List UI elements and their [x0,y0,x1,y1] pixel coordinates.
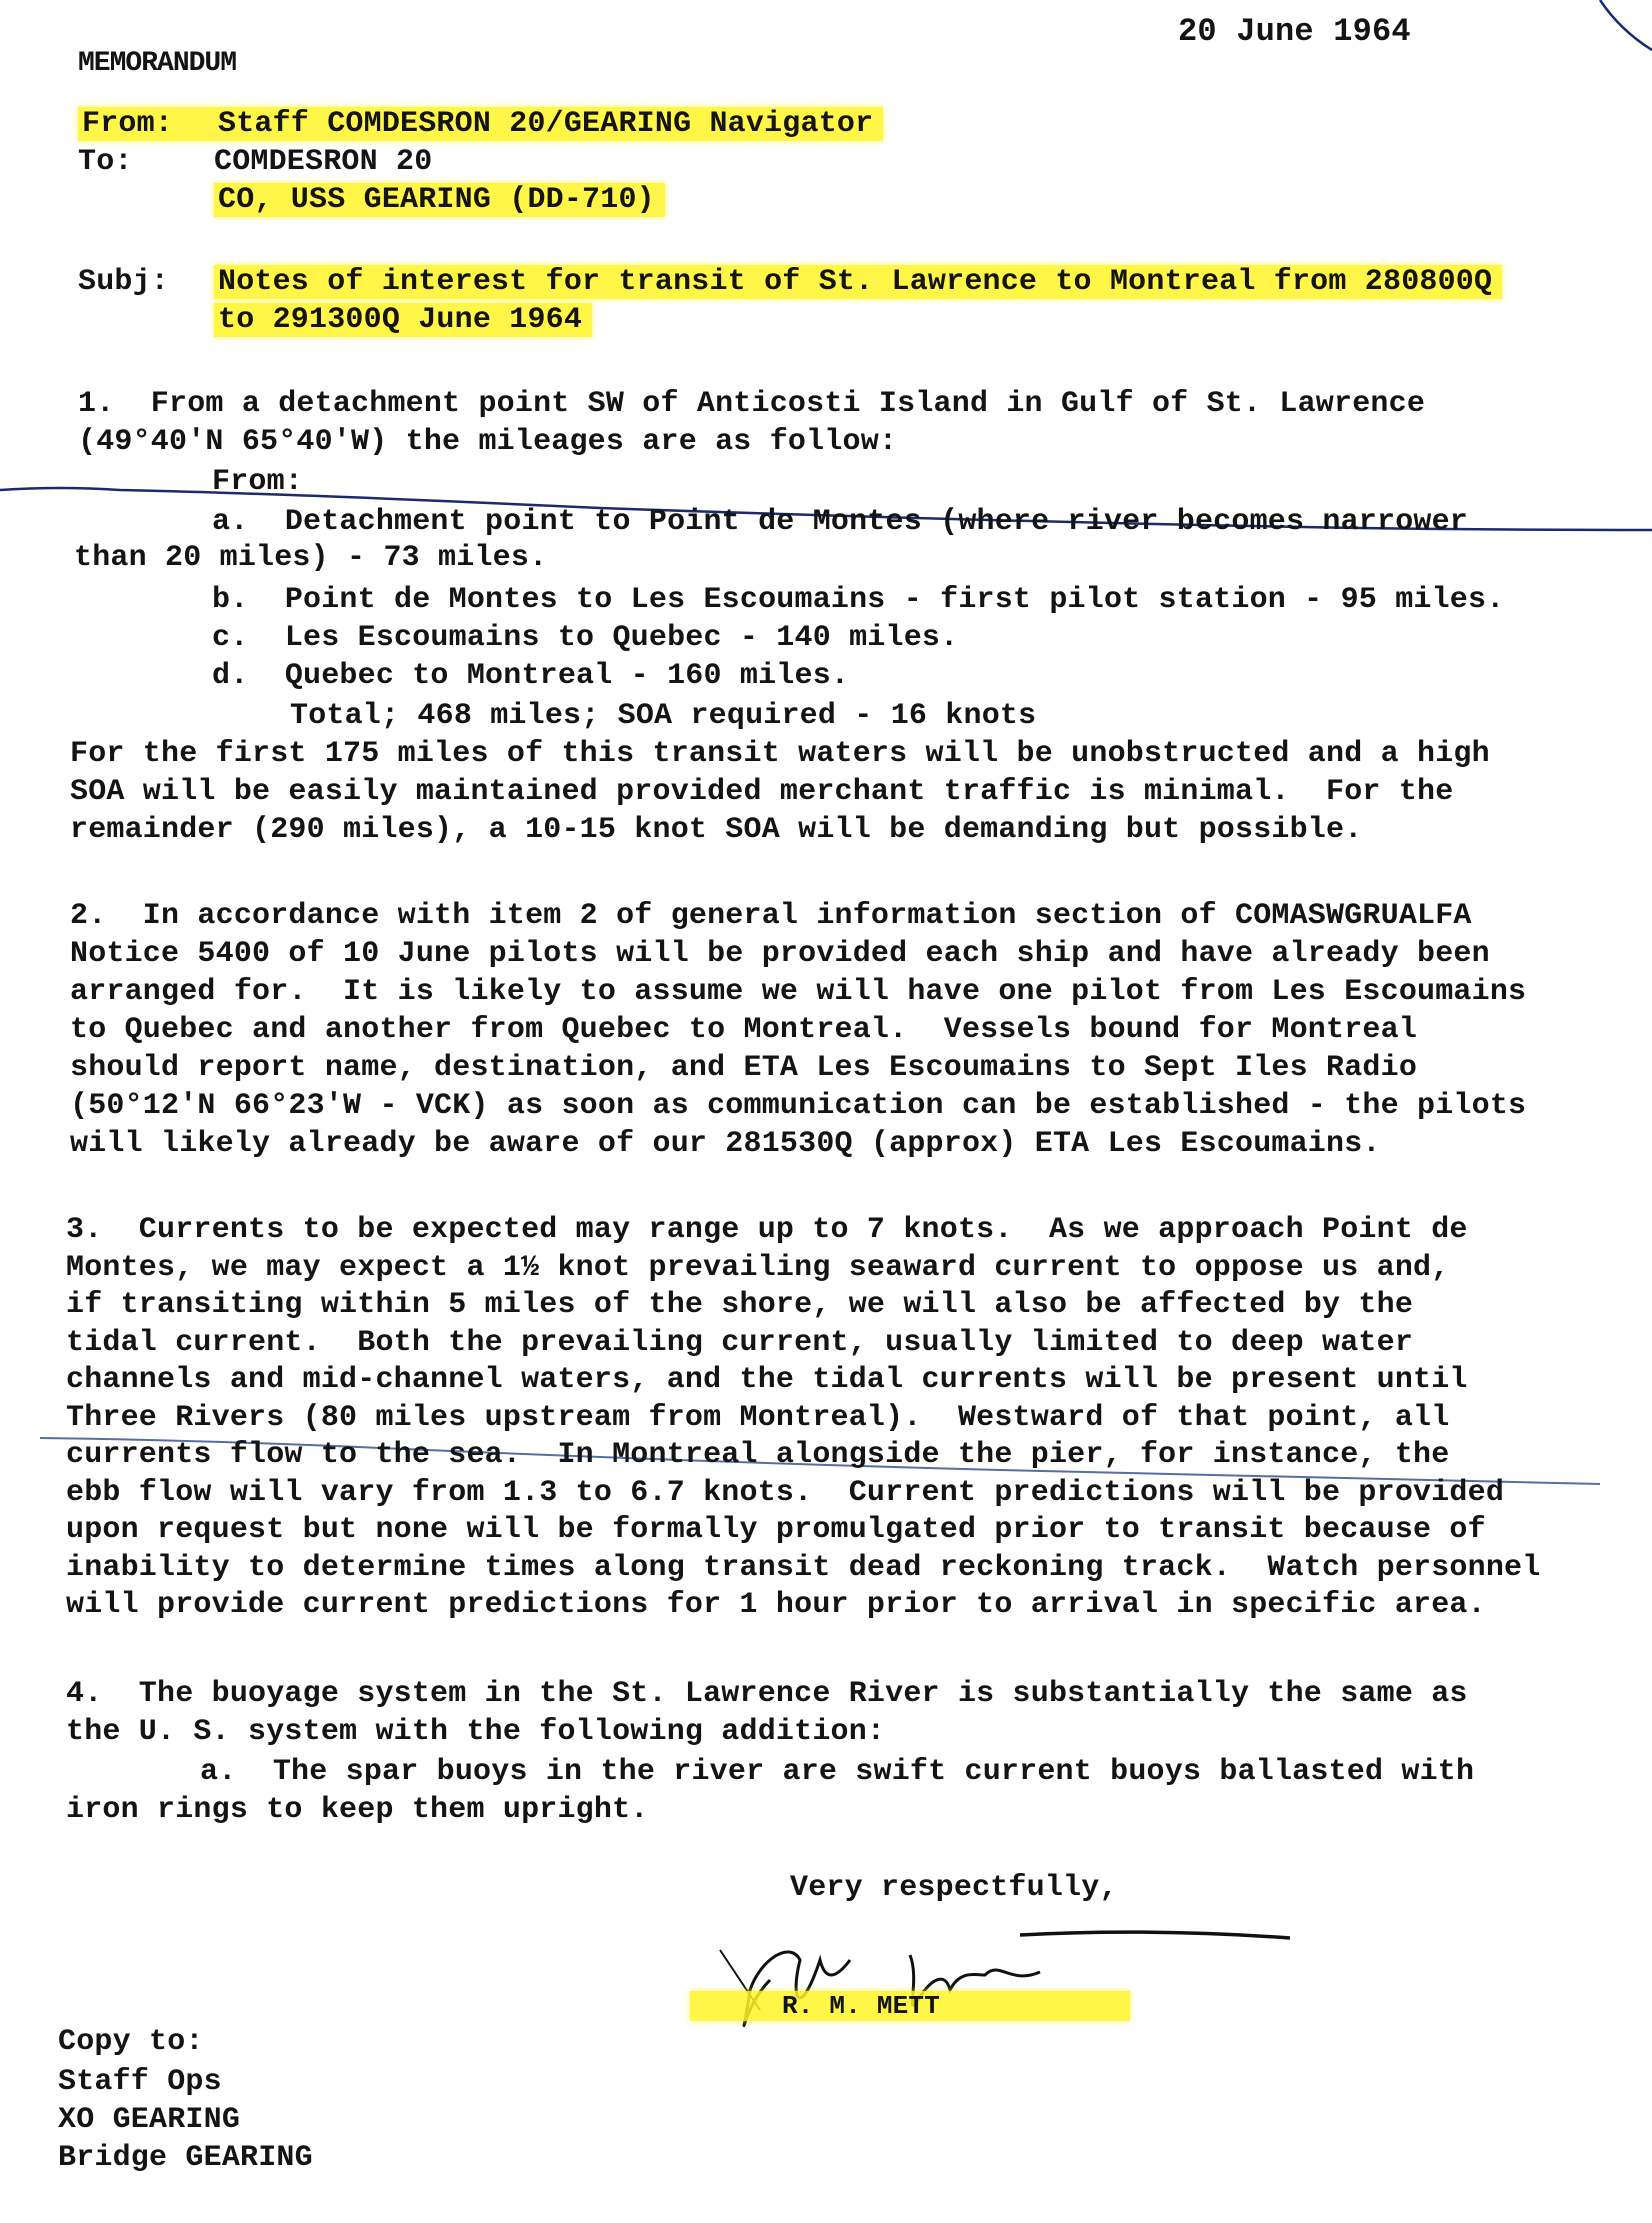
from-value: Staff COMDESRON 20/GEARING Navigator [218,107,873,141]
para3-line: channels and mid-channel waters, and the… [66,1362,1468,1398]
memo-date: 20 June 1964 [1178,14,1411,50]
item-label: b. [212,583,248,617]
subject-line-2: to 291300Q June 1964 [214,302,592,338]
para3-line: tidal current. Both the prevailing curre… [66,1325,1413,1361]
signer-name-text: R. M. METT [690,1991,1130,2021]
doc-type-heading: MEMORANDUM [78,46,236,82]
signer-name: R. M. METT [690,1988,1130,2024]
para3-line: ebb flow will vary from 1.3 to 6.7 knots… [66,1475,1504,1511]
list-item-d: d. Quebec to Montreal - 160 miles. [212,658,849,694]
item-label: a. [212,505,248,539]
para3-line: upon request but none will be formally p… [66,1512,1486,1548]
para3-line: inability to determine times along trans… [66,1550,1540,1586]
item-label: d. [212,659,248,693]
list-item-c: c. Les Escoumains to Quebec - 140 miles. [212,620,958,656]
to-value-1: COMDESRON 20 [214,145,432,179]
list-item-a: a. Detachment point to Point de Montes (… [212,504,1468,540]
copy-recipient: XO GEARING [58,2102,240,2138]
to-label: To: [78,144,214,180]
subject-line: Subj:Notes of interest for transit of St… [78,264,1502,300]
item-label: a. [200,1755,236,1789]
para2-line: (50°12'N 66°23'W - VCK) as soon as commu… [70,1088,1526,1124]
closing-salutation: Very respectfully, [790,1870,1118,1906]
to-value-2: CO, USS GEARING (DD-710) [214,183,665,217]
para3-line: Montes, we may expect a 1½ knot prevaili… [66,1250,1449,1286]
para3-line: if transiting within 5 miles of the shor… [66,1287,1413,1323]
item-text: Detachment point to Point de Montes (whe… [285,505,1468,539]
item-text: Les Escoumains to Quebec - 140 miles. [285,621,959,655]
memorandum-page: 20 June 1964 MEMORANDUM From:Staff COMDE… [0,0,1652,2223]
para2-line: will likely already be aware of our 2815… [70,1126,1381,1162]
copy-to-label: Copy to: [58,2024,204,2060]
para4-line: 4. The buoyage system in the St. Lawrenc… [66,1676,1468,1712]
total-line: Total; 468 miles; SOA required - 16 knot… [290,698,1036,734]
copy-recipient: Bridge GEARING [58,2140,313,2176]
para1-line: 1. From a detachment point SW of Anticos… [78,386,1425,422]
list-item-b: b. Point de Montes to Les Escoumains - f… [212,582,1504,618]
subj-text-1: Notes of interest for transit of St. Law… [214,265,1502,299]
item-text: Quebec to Montreal - 160 miles. [285,659,849,693]
from-line: From:Staff COMDESRON 20/GEARING Navigato… [78,106,883,142]
para4-line: the U. S. system with the following addi… [66,1714,885,1750]
subj-label: Subj: [78,264,214,300]
para3-line: currents flow to the sea. In Montreal al… [66,1437,1449,1473]
to-line-2: CO, USS GEARING (DD-710) [214,182,665,218]
from-label: From: [82,106,218,142]
to-line: To:COMDESRON 20 [78,144,432,180]
para3-line: 3. Currents to be expected may range up … [66,1212,1468,1248]
subj-text-2: to 291300Q June 1964 [214,303,592,337]
para1-closing: For the first 175 miles of this transit … [70,736,1490,772]
para4-item-a: a. The spar buoys in the river are swift… [200,1754,1474,1790]
para2-line: should report name, destination, and ETA… [70,1050,1417,1086]
para2-line: Notice 5400 of 10 June pilots will be pr… [70,936,1490,972]
item-text: Point de Montes to Les Escoumains - firs… [285,583,1505,617]
para3-line: Three Rivers (80 miles upstream from Mon… [66,1400,1449,1436]
para1-line: (49°40'N 65°40'W) the mileages are as fo… [78,424,897,460]
list-item-a-cont: than 20 miles) - 73 miles. [74,540,547,576]
item-text: The spar buoys in the river are swift cu… [273,1755,1474,1789]
item-label: c. [212,621,248,655]
para1-closing: remainder (290 miles), a 10-15 knot SOA … [70,812,1362,848]
para1-from-label: From: [212,464,303,500]
para1-closing: SOA will be easily maintained provided m… [70,774,1453,810]
para2-line: to Quebec and another from Quebec to Mon… [70,1012,1417,1048]
para3-line: will provide current predictions for 1 h… [66,1587,1486,1623]
para2-line: arranged for. It is likely to assume we … [70,974,1526,1010]
copy-recipient: Staff Ops [58,2064,222,2100]
para2-line: 2. In accordance with item 2 of general … [70,898,1472,934]
para4-item-a-cont: iron rings to keep them upright. [66,1792,649,1828]
